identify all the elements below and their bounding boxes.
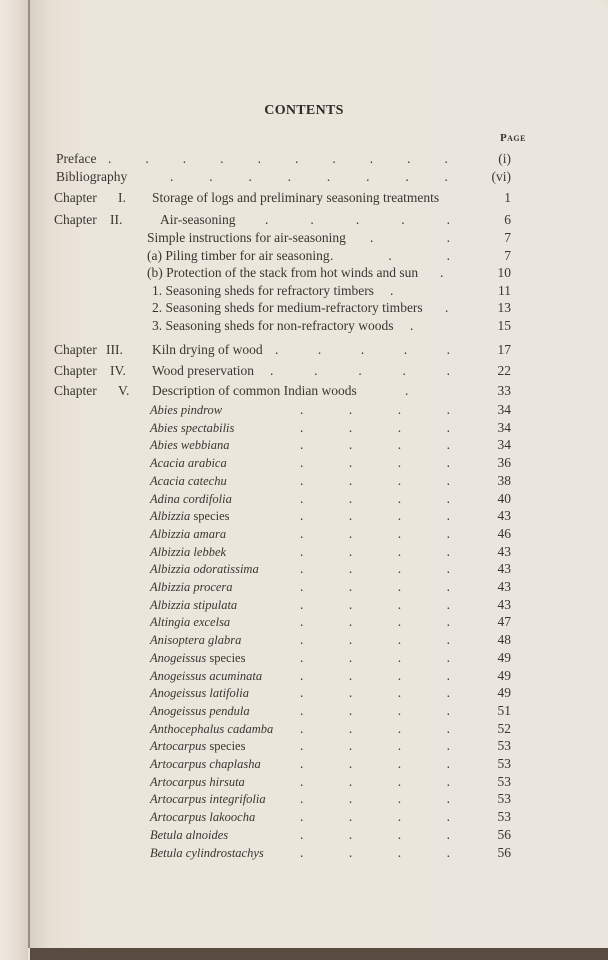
genus: Abies (150, 403, 178, 417)
chapter-prefix: Chapter (54, 211, 97, 229)
toc-species-entry[interactable]: Albizzia amara....46 (0, 525, 608, 543)
epithet: pendula (209, 704, 249, 718)
species-name: Anogeissus latifolia (150, 684, 249, 702)
epithet: cadamba (227, 722, 273, 736)
epithet: hirsuta (209, 775, 244, 789)
epithet: lakoocha (209, 810, 255, 824)
toc-species-entry[interactable]: Acacia arabica....36 (0, 454, 608, 472)
epithet: chaplasha (209, 757, 260, 771)
species-name: Anisoptera glabra (150, 631, 241, 649)
species-name: Betula cylindrostachys (150, 844, 264, 862)
page-number: 7 (504, 229, 511, 247)
toc-section[interactable]: 1. Seasoning sheds for refractory timber… (0, 282, 608, 300)
page-number: 51 (498, 702, 512, 720)
epithet: species (209, 651, 245, 665)
dot-leader: .... (300, 826, 450, 844)
epithet: excelsa (193, 615, 230, 629)
genus: Altingia (150, 615, 190, 629)
page-number: 49 (498, 667, 512, 685)
page-number: 49 (498, 684, 512, 702)
genus: Adina (150, 492, 180, 506)
toc-species-entry[interactable]: Anogeissus latifolia....49 (0, 684, 608, 702)
dot-leader: .......... (108, 150, 448, 168)
genus: Acacia (150, 474, 185, 488)
dot-leader: .... (300, 755, 450, 773)
toc-species-entry[interactable]: Altingia excelsa....47 (0, 613, 608, 631)
toc-entry-preface[interactable]: Preface..........(i) (0, 150, 608, 168)
dot-leader: .. (370, 229, 450, 247)
species-name: Betula alnoides (150, 826, 228, 844)
toc-chapter-2[interactable]: ChapterII.Air-seasoning.....6 (0, 211, 608, 229)
page-number: 46 (498, 525, 512, 543)
section-label: (a) Piling timber for air seasoning (147, 247, 330, 265)
page-number: 53 (498, 808, 512, 826)
species-name: Abies webbiana (150, 436, 230, 454)
toc-species-entry[interactable]: Artocarpus hirsuta....53 (0, 773, 608, 791)
chapter-prefix: Chapter (54, 189, 97, 207)
dot-leader: .... (300, 720, 450, 738)
chapter-title: Air-seasoning (160, 211, 235, 229)
genus: Albizzia (150, 598, 190, 612)
genus: Artocarpus (150, 757, 206, 771)
page-number: 43 (498, 507, 512, 525)
chapter-title: Description of common Indian woods (152, 382, 357, 400)
page-number: 53 (498, 790, 512, 808)
toc-chapter-5[interactable]: ChapterV.Description of common Indian wo… (0, 382, 608, 400)
toc-species-entry[interactable]: Artocarpus integrifolia....53 (0, 790, 608, 808)
dot-leader: .... (300, 436, 450, 454)
page-title: CONTENTS (0, 103, 608, 119)
page-number: 53 (498, 773, 512, 791)
species-name: Artocarpus chaplasha (150, 755, 261, 773)
toc-species-entry[interactable]: Albizzia lebbek....43 (0, 543, 608, 561)
dot-leader: ..... (270, 362, 450, 380)
genus: Abies (150, 421, 178, 435)
chapter-numeral: III. (106, 341, 123, 359)
species-name: Anthocephalus cadamba (150, 720, 273, 738)
genus: Anthocephalus (150, 722, 224, 736)
toc-species-entry[interactable]: Betula alnoides....56 (0, 826, 608, 844)
page-number: 33 (498, 382, 512, 400)
epithet: odoratissima (193, 562, 258, 576)
toc-species-entry[interactable]: Betula cylindrostachys....56 (0, 844, 608, 862)
species-name: Anogeissus species (150, 649, 245, 667)
dot-leader: ..... (265, 211, 450, 229)
section-label: 1. Seasoning sheds for refractory timber… (152, 282, 374, 300)
dot-leader: .... (300, 649, 450, 667)
toc-species-entry[interactable]: Artocarpus lakoocha....53 (0, 808, 608, 826)
page-number: (vi) (492, 168, 512, 186)
toc-chapter-3[interactable]: ChapterIII.Kiln drying of wood.....17 (0, 341, 608, 359)
epithet: integrifolia (209, 792, 265, 806)
page-number: 48 (498, 631, 512, 649)
genus: Anogeissus (150, 669, 206, 683)
dot-leader: .... (300, 419, 450, 437)
dot-leader: . (410, 317, 450, 335)
dot-leader: .... (300, 737, 450, 755)
genus: Albizzia (150, 580, 190, 594)
toc-species-entry[interactable]: Abies webbiana....34 (0, 436, 608, 454)
toc-species-entry[interactable]: Albizzia odoratissima....43 (0, 560, 608, 578)
page-number: 53 (498, 755, 512, 773)
page-number: 13 (498, 299, 512, 317)
entry-label: Preface (56, 150, 96, 168)
toc-section[interactable]: Simple instructions for air-seasoning..7 (0, 229, 608, 247)
page-bottom-edge (30, 948, 608, 960)
chapter-numeral: IV. (110, 362, 126, 380)
epithet: amara (193, 527, 226, 541)
dot-leader: .... (300, 808, 450, 826)
genus: Artocarpus (150, 810, 206, 824)
page-number: 49 (498, 649, 512, 667)
species-name: Artocarpus species (150, 737, 245, 755)
toc-species-entry[interactable]: Artocarpus species....53 (0, 737, 608, 755)
dot-leader: .... (300, 773, 450, 791)
genus: Artocarpus (150, 792, 206, 806)
dot-leader: .... (300, 543, 450, 561)
epithet: cylindrostachys (186, 846, 264, 860)
page-number: 43 (498, 596, 512, 614)
species-name: Artocarpus lakoocha (150, 808, 255, 826)
dot-leader: .... (300, 667, 450, 685)
epithet: species (193, 509, 229, 523)
entry-label: Bibliography (56, 168, 127, 186)
toc-species-entry[interactable]: Albizzia stipulata....43 (0, 596, 608, 614)
epithet: arabica (188, 456, 227, 470)
dot-leader: ..... (275, 341, 450, 359)
epithet: cordifolia (183, 492, 232, 506)
species-name: Abies spectabilis (150, 419, 234, 437)
species-name: Anogeissus acuminata (150, 667, 262, 685)
page-number: 43 (498, 560, 512, 578)
genus: Acacia (150, 456, 185, 470)
page-number: 56 (498, 844, 512, 862)
dot-leader: .... (300, 401, 450, 419)
dot-leader: . (440, 264, 450, 282)
page-column-header: Page (482, 132, 526, 144)
toc-species-entry[interactable]: Albizzia procera....43 (0, 578, 608, 596)
page-number: 34 (498, 419, 512, 437)
epithet: procera (193, 580, 232, 594)
section-label: (b) Protection of the stack from hot win… (147, 264, 418, 282)
page-number: 47 (498, 613, 512, 631)
chapter-prefix: Chapter (54, 341, 97, 359)
toc-section[interactable]: (b) Protection of the stack from hot win… (0, 264, 608, 282)
species-name: Albizzia stipulata (150, 596, 237, 614)
genus: Betula (150, 846, 183, 860)
toc-chapter-4[interactable]: ChapterIV.Wood preservation.....22 (0, 362, 608, 380)
chapter-numeral: V. (118, 382, 129, 400)
species-name: Albizzia lebbek (150, 543, 226, 561)
species-name: Albizzia procera (150, 578, 233, 596)
epithet: latifolia (209, 686, 249, 700)
page-number: 43 (498, 578, 512, 596)
dot-leader: .... (300, 454, 450, 472)
page-number: 40 (498, 490, 512, 508)
epithet: pindrow (181, 403, 222, 417)
chapter-numeral: II. (110, 211, 122, 229)
epithet: catechu (188, 474, 227, 488)
dot-leader: .... (300, 507, 450, 525)
dot-leader: .... (300, 613, 450, 631)
chapter-prefix: Chapter (54, 382, 97, 400)
species-name: Adina cordifolia (150, 490, 232, 508)
page-number: 10 (498, 264, 512, 282)
toc-species-entry[interactable]: Abies pindrow....34 (0, 401, 608, 419)
species-name: Albizzia amara (150, 525, 226, 543)
dot-leader: .... (300, 490, 450, 508)
section-label: 3. Seasoning sheds for non-refractory wo… (152, 317, 393, 335)
species-name: Abies pindrow (150, 401, 222, 419)
genus: Artocarpus (150, 775, 206, 789)
species-name: Acacia catechu (150, 472, 227, 490)
toc-species-entry[interactable]: Adina cordifolia....40 (0, 490, 608, 508)
page-number: 52 (498, 720, 512, 738)
epithet: glabra (208, 633, 241, 647)
page-number: 15 (498, 317, 512, 335)
species-name: Altingia excelsa (150, 613, 230, 631)
chapter-title: Wood preservation (152, 362, 254, 380)
dot-leader: .... (300, 684, 450, 702)
species-name: Anogeissus pendula (150, 702, 250, 720)
genus: Betula (150, 828, 183, 842)
epithet: stipulata (193, 598, 237, 612)
epithet: lebbek (193, 545, 226, 559)
chapter-numeral: I. (118, 189, 126, 207)
dot-leader: .... (300, 596, 450, 614)
genus: Anogeissus (150, 651, 206, 665)
page-number: 38 (498, 472, 512, 490)
page-number: 53 (498, 737, 512, 755)
genus: Abies (150, 438, 178, 452)
page-number: 22 (498, 362, 512, 380)
epithet: acuminata (209, 669, 262, 683)
genus: Anogeissus (150, 686, 206, 700)
species-name: Acacia arabica (150, 454, 227, 472)
page-number: 6 (504, 211, 511, 229)
page-number: 7 (504, 247, 511, 265)
toc-species-entry[interactable]: Anogeissus species....49 (0, 649, 608, 667)
page-number: 43 (498, 543, 512, 561)
page-number: 34 (498, 401, 512, 419)
dot-leader: .... (300, 790, 450, 808)
dot-leader: .... (300, 472, 450, 490)
page-number: 11 (498, 282, 511, 300)
species-name: Albizzia species (150, 507, 230, 525)
dot-leader: . (445, 299, 450, 317)
genus: Albizzia (150, 545, 190, 559)
toc-chapter-1[interactable]: ChapterI.Storage of logs and preliminary… (0, 189, 608, 207)
toc-species-entry[interactable]: Anisoptera glabra....48 (0, 631, 608, 649)
epithet: webbiana (181, 438, 230, 452)
epithet: alnoides (186, 828, 228, 842)
dot-leader: .... (300, 702, 450, 720)
toc-species-entry[interactable]: Anthocephalus cadamba....52 (0, 720, 608, 738)
dot-leader: . (405, 382, 450, 400)
epithet: spectabilis (181, 421, 234, 435)
toc-species-entry[interactable]: Acacia catechu....38 (0, 472, 608, 490)
toc-species-entry[interactable]: Abies spectabilis....34 (0, 419, 608, 437)
section-label: Simple instructions for air-seasoning (147, 229, 346, 247)
toc-section[interactable]: (a) Piling timber for air seasoning...7 (0, 247, 608, 265)
chapter-prefix: Chapter (54, 362, 97, 380)
genus: Anisoptera (150, 633, 205, 647)
genus: Albizzia (150, 527, 190, 541)
page-number: 17 (498, 341, 512, 359)
toc-species-entry[interactable]: Anogeissus pendula....51 (0, 702, 608, 720)
toc-species-entry[interactable]: Artocarpus chaplasha....53 (0, 755, 608, 773)
dot-leader: ........ (170, 168, 448, 186)
page-number: (i) (498, 150, 511, 168)
dot-leader: .... (300, 525, 450, 543)
chapter-title: Storage of logs and preliminary seasonin… (152, 189, 439, 207)
dot-leader: .... (300, 631, 450, 649)
genus: Anogeissus (150, 704, 206, 718)
page-number: 1 (504, 189, 511, 207)
toc-section[interactable]: 2. Seasoning sheds for medium-refractory… (0, 299, 608, 317)
species-name: Artocarpus hirsuta (150, 773, 245, 791)
genus: Albizzia (150, 562, 190, 576)
toc-species-entry[interactable]: Anogeissus acuminata....49 (0, 667, 608, 685)
page-number: 36 (498, 454, 512, 472)
dot-leader: ... (330, 247, 450, 265)
genus: Albizzia (150, 509, 190, 523)
dot-leader: .... (300, 844, 450, 862)
toc-entry-bibliography[interactable]: Bibliography........(vi) (0, 168, 608, 186)
epithet: species (209, 739, 245, 753)
toc-section[interactable]: 3. Seasoning sheds for non-refractory wo… (0, 317, 608, 335)
genus: Artocarpus (150, 739, 206, 753)
species-name: Albizzia odoratissima (150, 560, 259, 578)
dot-leader: .... (300, 578, 450, 596)
dot-leader: .... (300, 560, 450, 578)
page-number: 56 (498, 826, 512, 844)
section-label: 2. Seasoning sheds for medium-refractory… (152, 299, 423, 317)
species-name: Artocarpus integrifolia (150, 790, 266, 808)
dot-leader: . (390, 282, 450, 300)
page-number: 34 (498, 436, 512, 454)
toc-species-entry[interactable]: Albizzia species....43 (0, 507, 608, 525)
chapter-title: Kiln drying of wood (152, 341, 263, 359)
